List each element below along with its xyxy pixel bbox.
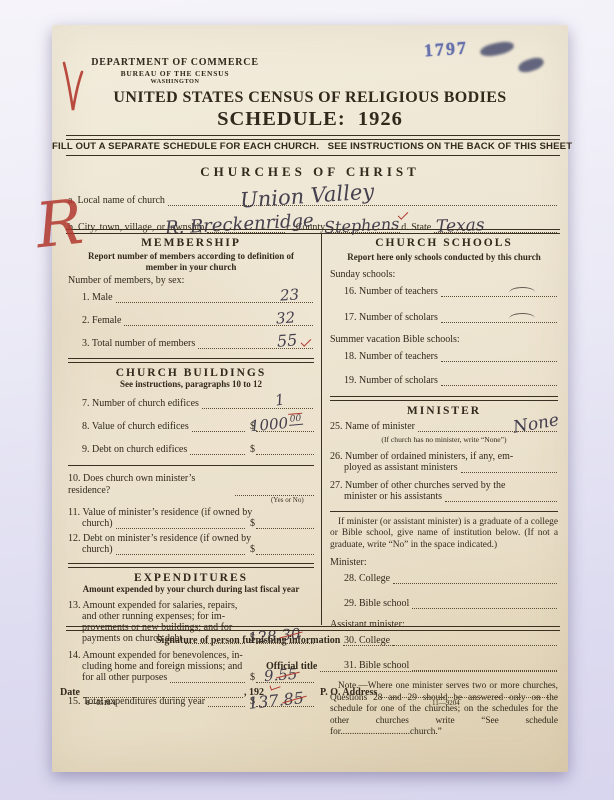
form-number-right: 11—9204 bbox=[432, 699, 460, 707]
q29-bible-school: 29. Bible school bbox=[330, 598, 558, 610]
summer-schools-label: Summer vacation Bible schools: bbox=[330, 334, 558, 345]
q12-answer-line bbox=[256, 544, 314, 555]
q8-answer-line: 100000 bbox=[256, 421, 314, 432]
leader bbox=[116, 544, 245, 555]
q19-label: 19. Number of scholars bbox=[344, 375, 438, 387]
q3-answer-line: 55 bbox=[198, 338, 313, 349]
po-address-label: P. O. Address bbox=[320, 687, 377, 699]
minister-label: Minister: bbox=[330, 557, 558, 568]
q18-answer-line bbox=[441, 351, 557, 362]
q7-value: 1 bbox=[274, 390, 286, 409]
graduate-instruction: If minister (or assistant minister) is a… bbox=[330, 517, 558, 551]
q25-minister-name: 25. Name of minister None bbox=[330, 421, 558, 433]
official-title-label: Official title bbox=[266, 661, 317, 673]
q8-value-edifices: 8. Value of church edifices $ 100000 bbox=[68, 421, 314, 433]
double-rule bbox=[330, 396, 558, 401]
yes-or-no-hint: (Yes or No) bbox=[261, 496, 314, 504]
dollar-sign: $ bbox=[250, 444, 255, 456]
q27-answer-line bbox=[445, 491, 557, 502]
local-name-line: a. Local name of church Union Valley bbox=[68, 195, 558, 207]
official-title-answer-line bbox=[320, 661, 557, 672]
q28-answer-line bbox=[393, 573, 557, 584]
ink-smudge bbox=[517, 55, 545, 74]
pencil-mark bbox=[509, 286, 535, 294]
red-margin-letter: R bbox=[32, 185, 86, 262]
double-rule bbox=[66, 135, 560, 140]
q26-line1: 26. Number of ordained ministers, if any… bbox=[330, 451, 558, 462]
q27-other-churches: 27. Number of other churches served by t… bbox=[330, 480, 558, 503]
q16-label: 16. Number of teachers bbox=[344, 286, 438, 298]
title-block: UNITED STATES CENSUS OF RELIGIOUS BODIES… bbox=[52, 89, 568, 131]
double-rule bbox=[66, 626, 560, 631]
po-address-answer-line bbox=[380, 687, 557, 698]
q12-label-line1: 12. Debt on minister’s residence (if own… bbox=[68, 533, 314, 544]
schedule-title: SCHEDULE: 1926 bbox=[52, 108, 568, 131]
q27-last-line: minister or his assistants bbox=[330, 491, 558, 503]
q9-label: 9. Debt on church edifices bbox=[82, 444, 187, 456]
q11-answer-line bbox=[256, 518, 314, 529]
double-rule bbox=[68, 358, 314, 363]
q2-value: 32 bbox=[275, 309, 295, 328]
q12-label-line2: church) bbox=[82, 544, 113, 556]
q8-label: 8. Value of church edifices bbox=[82, 421, 189, 433]
q13-line2: and other running expenses; for im- bbox=[82, 611, 314, 622]
agency-line2: BUREAU OF THE CENSUS bbox=[70, 69, 280, 78]
agency-block: DEPARTMENT OF COMMERCE BUREAU OF THE CEN… bbox=[70, 57, 280, 85]
thin-rule bbox=[66, 155, 560, 156]
q16-teachers: 16. Number of teachers bbox=[330, 286, 558, 298]
q2-answer-line: 32 bbox=[124, 315, 313, 326]
left-column: MEMBERSHIP Report number of members acco… bbox=[68, 234, 321, 625]
q17-label: 17. Number of scholars bbox=[344, 312, 438, 324]
denomination-title: CHURCHES OF CHRIST bbox=[52, 164, 568, 180]
q17-answer-line bbox=[441, 312, 557, 323]
q11-label-line2: church) bbox=[82, 518, 113, 530]
q25-label: 25. Name of minister bbox=[330, 421, 415, 433]
minister-heading: MINISTER bbox=[330, 405, 558, 417]
stamp-number: 1797 bbox=[423, 37, 468, 60]
ink-smudge bbox=[479, 40, 515, 59]
agency-line1: DEPARTMENT OF COMMERCE bbox=[70, 57, 280, 68]
by-sex-label: Number of members, by sex: bbox=[68, 275, 314, 286]
q2-female: 2. Female 32 bbox=[68, 315, 314, 327]
q26-last-line: ployed as assistant ministers bbox=[330, 462, 558, 474]
q7-edifices: 7. Number of church edifices 1 bbox=[68, 398, 314, 410]
membership-intro: Report number of members according to de… bbox=[78, 251, 304, 272]
stamp-block: 1797 bbox=[423, 37, 468, 61]
leader bbox=[235, 485, 260, 496]
q26-ordained: 26. Number of ordained ministers, if any… bbox=[330, 451, 558, 474]
year-prefix: , 192 bbox=[244, 687, 264, 699]
form-number-row: 8—5518-1 11—9204 bbox=[60, 699, 558, 711]
q12-last-line: church) $ bbox=[68, 544, 314, 556]
red-check-icon bbox=[301, 336, 312, 347]
q11-label-line1: 11. Value of minister’s residence (if ow… bbox=[68, 507, 314, 518]
footer-section: Signature of person furnishing informati… bbox=[60, 635, 558, 711]
local-name-answer-line: Union Valley bbox=[168, 195, 557, 206]
q1-male: 1. Male 23 bbox=[68, 292, 314, 304]
q2-label: 2. Female bbox=[82, 315, 121, 327]
q10-label: 10. Does church own minister’s residence… bbox=[68, 473, 232, 497]
signature-line: Signature of person furnishing informati… bbox=[60, 635, 558, 647]
leader bbox=[116, 518, 245, 529]
page-title: UNITED STATES CENSUS OF RELIGIOUS BODIES bbox=[52, 89, 568, 107]
q26-line2: ployed as assistant ministers bbox=[344, 462, 458, 474]
q1-value: 23 bbox=[279, 286, 299, 305]
right-column: CHURCH SCHOOLS Report here only schools … bbox=[321, 234, 558, 625]
q28-college: 28. College bbox=[330, 573, 558, 585]
red-check-icon bbox=[398, 209, 409, 220]
dollar-sign: $ bbox=[250, 518, 255, 530]
q18-label: 18. Number of teachers bbox=[344, 351, 438, 363]
double-rule bbox=[68, 563, 314, 568]
q17-scholars: 17. Number of scholars bbox=[330, 312, 558, 324]
q19-scholars: 19. Number of scholars bbox=[330, 375, 558, 387]
form-columns: MEMBERSHIP Report number of members acco… bbox=[68, 234, 558, 625]
membership-heading: MEMBERSHIP bbox=[68, 237, 314, 249]
schools-intro: Report here only schools conducted by th… bbox=[330, 252, 558, 263]
q18-teachers: 18. Number of teachers bbox=[330, 351, 558, 363]
q27-line2: minister or his assistants bbox=[344, 491, 442, 503]
q7-answer-line: 1 bbox=[202, 398, 313, 409]
official-title-line: Official title bbox=[60, 661, 558, 673]
q8-value: 100000 bbox=[249, 413, 303, 436]
buildings-heading: CHURCH BUILDINGS bbox=[68, 367, 314, 379]
expenditures-heading: EXPENDITURES bbox=[68, 572, 314, 584]
schools-heading: CHURCH SCHOOLS bbox=[330, 237, 558, 249]
form-number-left: 8—5518-1 bbox=[86, 699, 116, 707]
local-name-label: a. Local name of church bbox=[68, 195, 165, 207]
q9-debt-edifices: 9. Debt on church edifices $ bbox=[68, 444, 314, 456]
banner-instruction: FILL OUT A SEPARATE SCHEDULE FOR EACH CH… bbox=[52, 141, 568, 152]
q10-own-residence: 10. Does church own minister’s residence… bbox=[68, 473, 314, 497]
q3-value: 55 bbox=[276, 330, 298, 351]
signature-answer-line bbox=[343, 635, 557, 646]
q10-answer-line: (Yes or No) bbox=[261, 485, 314, 496]
sunday-schools-label: Sunday schools: bbox=[330, 269, 558, 280]
q29-label: 29. Bible school bbox=[344, 598, 409, 610]
dollar-sign: $ bbox=[250, 544, 255, 556]
q1-label: 1. Male bbox=[82, 292, 113, 304]
leader bbox=[192, 421, 245, 432]
pencil-mark bbox=[509, 312, 535, 320]
q29-answer-line bbox=[412, 598, 557, 609]
local-name-value: Union Valley bbox=[239, 179, 375, 213]
q16-answer-line bbox=[441, 286, 557, 297]
thin-rule bbox=[330, 511, 558, 512]
q12-residence-debt: 12. Debt on minister’s residence (if own… bbox=[68, 533, 314, 556]
thin-rule bbox=[68, 465, 314, 466]
q19-answer-line bbox=[441, 375, 557, 386]
buildings-sub: See instructions, paragraphs 10 to 12 bbox=[68, 379, 314, 390]
q27-line1: 27. Number of other churches served by t… bbox=[330, 480, 558, 491]
date-answer-line bbox=[83, 687, 243, 698]
date-po-line: Date , 192 P. O. Address bbox=[60, 687, 558, 699]
q11-residence-value: 11. Value of minister’s residence (if ow… bbox=[68, 507, 314, 530]
expenditures-sub: Amount expended by your church during la… bbox=[68, 584, 314, 595]
date-label: Date bbox=[60, 687, 80, 699]
q7-label: 7. Number of church edifices bbox=[82, 398, 199, 410]
q28-label: 28. College bbox=[344, 573, 390, 585]
q1-answer-line: 23 bbox=[116, 292, 313, 303]
q9-answer-line bbox=[256, 444, 314, 455]
q13-line1: 13. Amount expended for salaries, repair… bbox=[68, 600, 314, 611]
photo-of-census-schedule: { "header": { "dept1": "DEPARTMENT OF CO… bbox=[0, 0, 614, 800]
agency-line3: WASHINGTON bbox=[70, 78, 280, 85]
leader bbox=[190, 444, 245, 455]
signature-label: Signature of person furnishing informati… bbox=[156, 635, 340, 647]
q25-answer-line: None bbox=[418, 421, 557, 432]
census-schedule-sheet: DEPARTMENT OF COMMERCE BUREAU OF THE CEN… bbox=[52, 25, 568, 772]
q3-total-members: 3. Total number of members 55 bbox=[68, 338, 314, 350]
q26-answer-line bbox=[461, 462, 557, 473]
identity-section: a. Local name of church Union Valley b. … bbox=[68, 183, 558, 234]
q11-last-line: church) $ bbox=[68, 518, 314, 530]
q3-label: 3. Total number of members bbox=[82, 338, 195, 350]
